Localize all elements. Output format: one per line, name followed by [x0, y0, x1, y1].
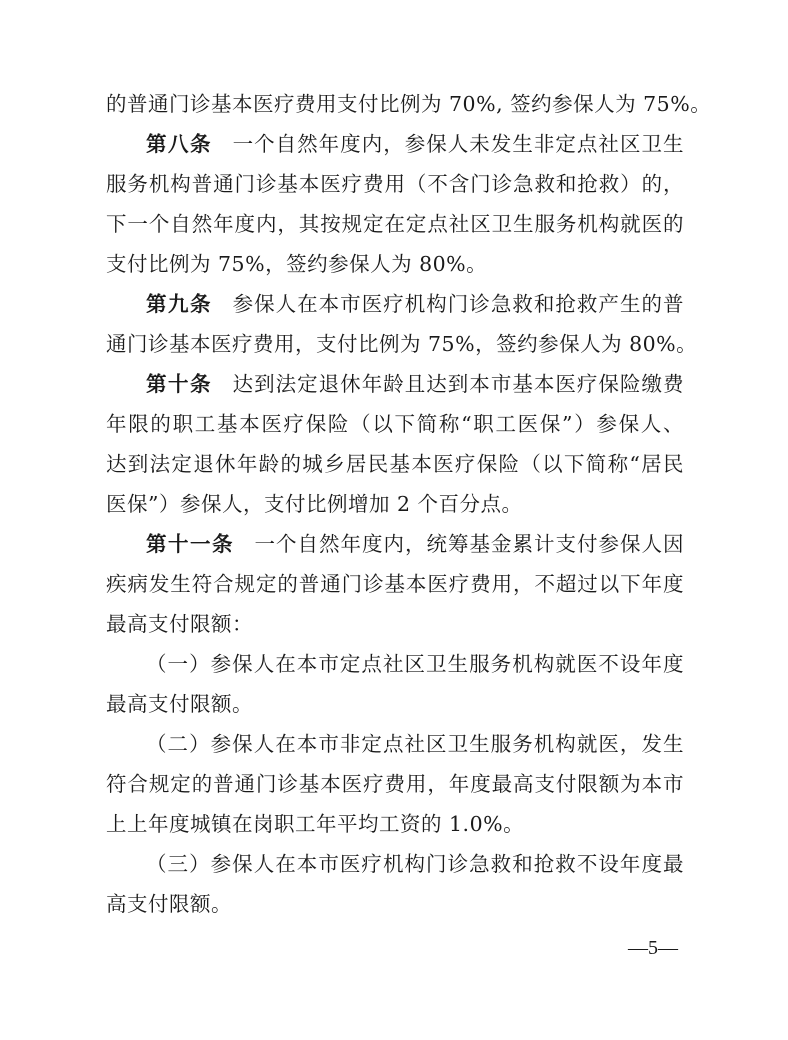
text-line: （一）参保人在本市定点社区卫生服务机构就医不设年度	[146, 644, 684, 684]
text-line: （三）参保人在本市医疗机构门诊急救和抢救不设年度最	[146, 844, 684, 884]
line-text: 最高支付限额：	[106, 612, 253, 636]
text-line: 通门诊基本医疗费用，支付比例为 75%，签约参保人为 80%。	[106, 324, 684, 364]
text-line: 达到法定退休年龄的城乡居民基本医疗保险（以下简称“居民	[106, 444, 684, 484]
line-text: 年限的职工基本医疗保险（以下简称“职工医保”）参保人、	[106, 412, 684, 436]
text-line: （二）参保人在本市非定点社区卫生服务机构就医，发生	[146, 724, 684, 764]
text-line: 符合规定的普通门诊基本医疗费用，年度最高支付限额为本市	[106, 764, 684, 804]
article-heading: 第十条	[146, 372, 212, 396]
line-text: （一）参保人在本市定点社区卫生服务机构就医不设年度	[146, 652, 684, 676]
line-text: 服务机构普通门诊基本医疗费用（不含门诊急救和抢救）的，	[106, 172, 684, 196]
text-line: 最高支付限额：	[106, 604, 684, 644]
line-text: 高支付限额。	[106, 892, 232, 916]
line-text: 最高支付限额。	[106, 692, 253, 716]
line-text: 下一个自然年度内，其按规定在定点社区卫生服务机构就医的	[106, 212, 684, 236]
text-line: 第十条达到法定退休年龄且达到本市基本医疗保险缴费	[146, 364, 684, 404]
text-line: 年限的职工基本医疗保险（以下简称“职工医保”）参保人、	[106, 404, 684, 444]
line-text: 一个自然年度内，参保人未发生非定点社区卫生	[232, 132, 684, 156]
text-line: 下一个自然年度内，其按规定在定点社区卫生服务机构就医的	[106, 204, 684, 244]
text-line: 高支付限额。	[106, 884, 684, 924]
text-line: 医保”）参保人，支付比例增加 2 个百分点。	[106, 484, 684, 524]
line-text: 达到法定退休年龄的城乡居民基本医疗保险（以下简称“居民	[106, 452, 684, 476]
page-number: —5—	[628, 928, 678, 968]
line-text: 参保人在本市医疗机构门诊急救和抢救产生的普	[232, 292, 684, 316]
line-text: （二）参保人在本市非定点社区卫生服务机构就医，发生	[146, 732, 684, 756]
article-heading: 第九条	[146, 292, 212, 316]
text-line: 第九条参保人在本市医疗机构门诊急救和抢救产生的普	[146, 284, 684, 324]
text-line: 支付比例为 75%，签约参保人为 80%。	[106, 244, 684, 284]
line-text: （三）参保人在本市医疗机构门诊急救和抢救不设年度最	[146, 852, 684, 876]
article-heading: 第八条	[146, 132, 212, 156]
line-text: 一个自然年度内，统筹基金累计支付参保人因	[254, 532, 684, 556]
text-line: 的普通门诊基本医疗费用支付比例为 70%, 签约参保人为 75%。	[106, 84, 684, 124]
line-text: 符合规定的普通门诊基本医疗费用，年度最高支付限额为本市	[106, 772, 684, 796]
line-text: 支付比例为 75%，签约参保人为 80%。	[106, 252, 487, 276]
document-page: 的普通门诊基本医疗费用支付比例为 70%, 签约参保人为 75%。第八条一个自然…	[0, 0, 788, 1040]
text-line: 上上年度城镇在岗职工年平均工资的 1.0%。	[106, 804, 684, 844]
text-line: 最高支付限额。	[106, 684, 684, 724]
line-text: 达到法定退休年龄且达到本市基本医疗保险缴费	[232, 372, 684, 396]
text-line: 第十一条一个自然年度内，统筹基金累计支付参保人因	[146, 524, 684, 564]
line-text: 疾病发生符合规定的普通门诊基本医疗费用，不超过以下年度	[106, 572, 684, 596]
line-text: 的普通门诊基本医疗费用支付比例为 70%, 签约参保人为 75%。	[106, 92, 711, 116]
article-heading: 第十一条	[146, 532, 234, 556]
line-text: 上上年度城镇在岗职工年平均工资的 1.0%。	[106, 812, 524, 836]
text-line: 服务机构普通门诊基本医疗费用（不含门诊急救和抢救）的，	[106, 164, 684, 204]
text-line: 第八条一个自然年度内，参保人未发生非定点社区卫生	[146, 124, 684, 164]
text-line: 疾病发生符合规定的普通门诊基本医疗费用，不超过以下年度	[106, 564, 684, 604]
line-text: 医保”）参保人，支付比例增加 2 个百分点。	[106, 492, 523, 516]
line-text: 通门诊基本医疗费用，支付比例为 75%，签约参保人为 80%。	[106, 332, 697, 356]
